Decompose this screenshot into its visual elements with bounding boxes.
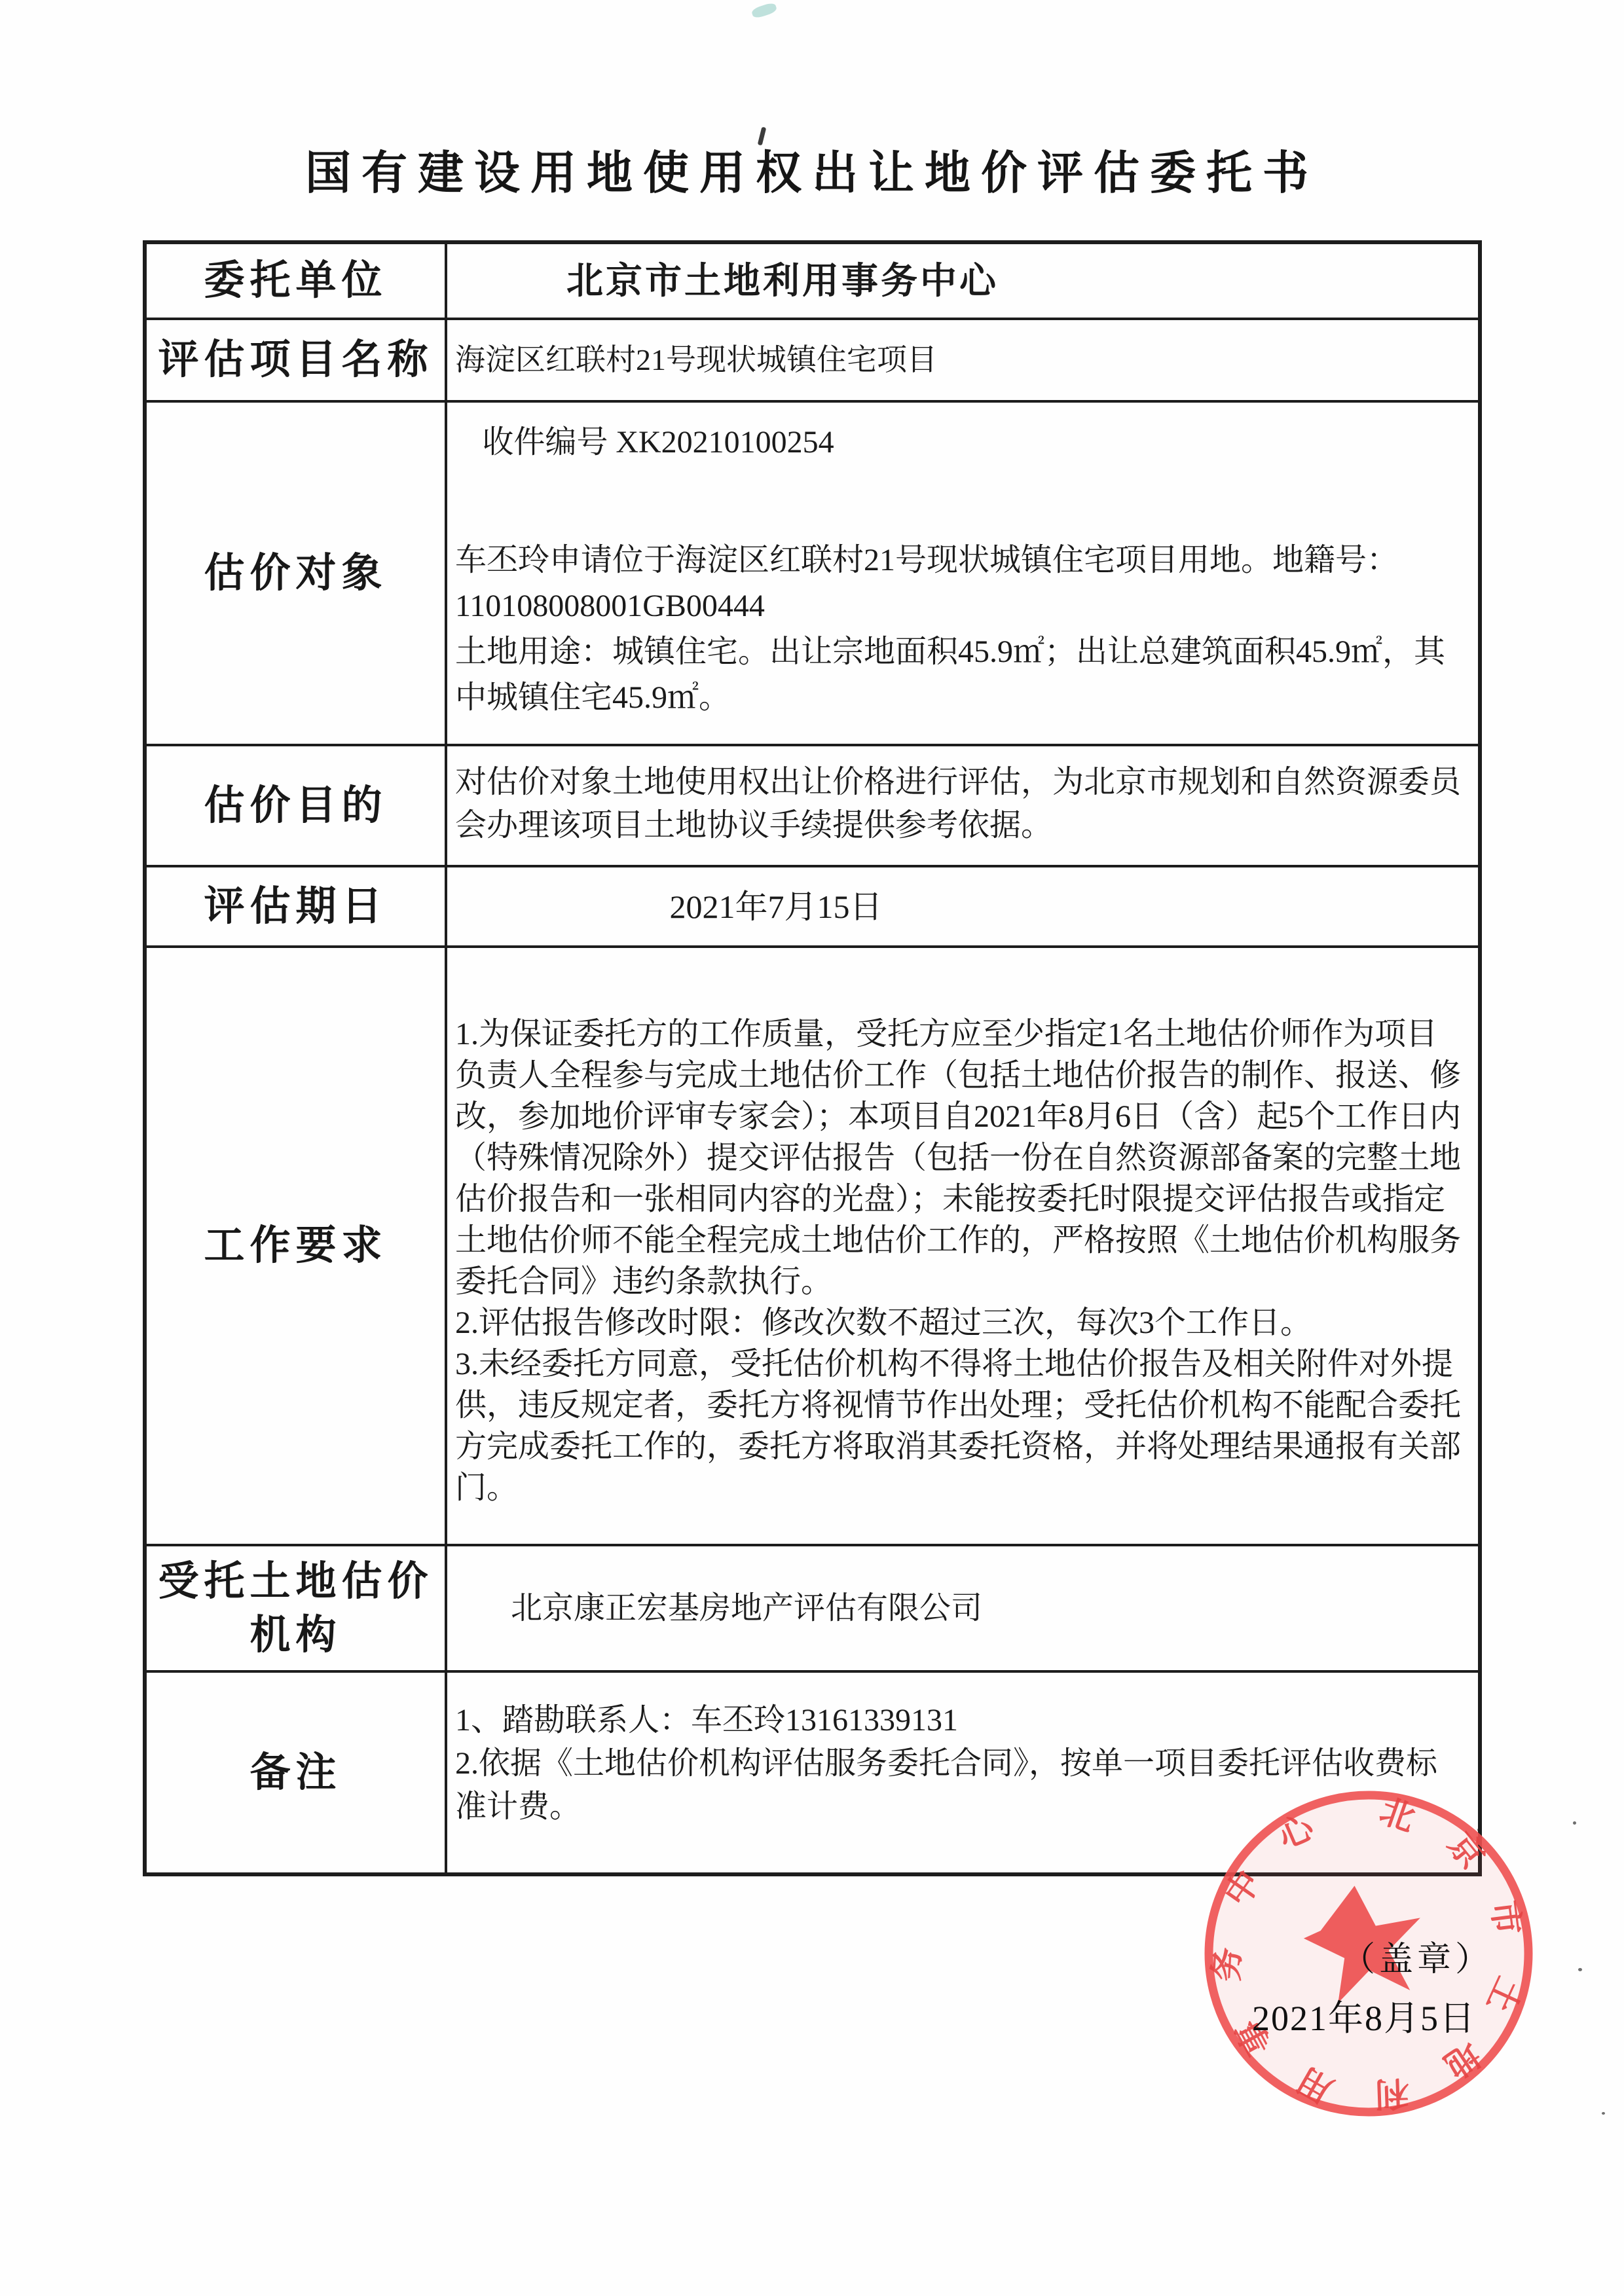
stamp-here-note: （盖章）: [1341, 1931, 1493, 1980]
scan-speck: [1578, 1968, 1582, 1971]
appraisal-date: 2021年7月15日: [455, 885, 1097, 928]
row-object-label: 估价对象: [145, 401, 446, 745]
row-agency-value-cell: 北京康正宏基房地产评估有限公司: [446, 1545, 1480, 1671]
row-work-requirements: 工作要求 1.为保证委托方的工作质量，受托方应至少指定1名土地估价师作为项目负责…: [145, 947, 1480, 1545]
client-name: 北京市土地利用事务中心: [455, 259, 1110, 302]
object-line-applicant: 车丕玲申请位于海淀区红联村21号现状城镇住宅项目用地。地籍号：: [455, 538, 1464, 583]
project-name: 海淀区红联村21号现状城镇住宅项目: [455, 338, 1464, 382]
scan-speck: [1602, 2112, 1605, 2115]
scan-artifact-mark: [750, 2, 777, 20]
row-client: 委托单位 北京市土地利用事务中心: [145, 242, 1480, 319]
entrusted-agency-name: 北京康正宏基房地产评估有限公司: [455, 1587, 1038, 1630]
row-appraisal-object: 估价对象 收件编号 XK20210100254 车丕玲申请位于海淀区红联村21号…: [145, 401, 1480, 745]
row-work-label: 工作要求: [145, 947, 446, 1545]
row-work-value-cell: 1.为保证委托方的工作质量，受托方应至少指定1名土地估价师作为项目负责人全程参与…: [446, 947, 1480, 1545]
row-purpose-value-cell: 对估价对象土地使用权出让价格进行评估，为北京市规划和自然资源委员会办理该项目土地…: [446, 745, 1480, 866]
row-project-label: 评估项目名称: [145, 319, 446, 401]
commission-form-table: 委托单位 北京市土地利用事务中心 评估项目名称 海淀区红联村21号现状城镇住宅项…: [143, 240, 1482, 1876]
row-date-label: 评估期日: [145, 866, 446, 947]
scan-speck: [1573, 1821, 1576, 1825]
row-date-value-cell: 2021年7月15日: [446, 866, 1480, 947]
object-line-land-use: 土地用途：城镇住宅。出让宗地面积45.9㎡；出让总建筑面积45.9㎡，其中城镇住…: [455, 629, 1464, 721]
remark-item-1: 1、踏勘联系人：车丕玲13161339131: [455, 1699, 1464, 1742]
stamp-date: 2021年8月5日: [1252, 1990, 1476, 2041]
row-client-label: 委托单位: [145, 242, 446, 319]
object-description: 车丕玲申请位于海淀区红联村21号现状城镇住宅项目用地。地籍号： 11010800…: [455, 538, 1464, 721]
row-entrusted-agency: 受托土地估价机构 北京康正宏基房地产评估有限公司: [145, 1545, 1480, 1671]
row-purpose-label: 估价目的: [145, 745, 446, 866]
receipt-number: 收件编号 XK20210100254: [455, 421, 861, 464]
work-requirement-item-1: 1.为保证委托方的工作质量，受托方应至少指定1名土地估价师作为项目负责人全程参与…: [455, 1013, 1464, 1302]
row-project-name: 评估项目名称 海淀区红联村21号现状城镇住宅项目: [145, 319, 1480, 401]
work-requirement-item-3: 3.未经委托方同意，受托估价机构不得将土地估价报告及相关附件对外提供，违反规定者…: [455, 1343, 1464, 1508]
work-requirements-text: 1.为保证委托方的工作质量，受托方应至少指定1名土地估价师作为项目负责人全程参与…: [455, 948, 1464, 1508]
row-client-value-cell: 北京市土地利用事务中心: [446, 242, 1480, 319]
row-agency-label: 受托土地估价机构: [145, 1545, 446, 1671]
work-requirement-item-2: 2.评估报告修改时限：修改次数不超过三次，每次3个工作日。: [455, 1302, 1464, 1343]
object-line-cadastral-number: 110108008001GB00444: [455, 583, 1464, 629]
document-page: 国有建设用地使用权出让地价评估委托书 委托单位 北京市土地利用事务中心 评估项目…: [0, 0, 1624, 2296]
row-object-value-cell: 收件编号 XK20210100254 车丕玲申请位于海淀区红联村21号现状城镇住…: [446, 401, 1480, 745]
row-project-value-cell: 海淀区红联村21号现状城镇住宅项目: [446, 319, 1480, 401]
document-title: 国有建设用地使用权出让地价评估委托书: [0, 136, 1624, 202]
row-remarks-label: 备注: [145, 1671, 446, 1874]
row-appraisal-purpose: 估价目的 对估价对象土地使用权出让价格进行评估，为北京市规划和自然资源委员会办理…: [145, 745, 1480, 866]
purpose-text: 对估价对象土地使用权出让价格进行评估，为北京市规划和自然资源委员会办理该项目土地…: [455, 746, 1464, 847]
row-appraisal-date: 评估期日 2021年7月15日: [145, 866, 1480, 947]
